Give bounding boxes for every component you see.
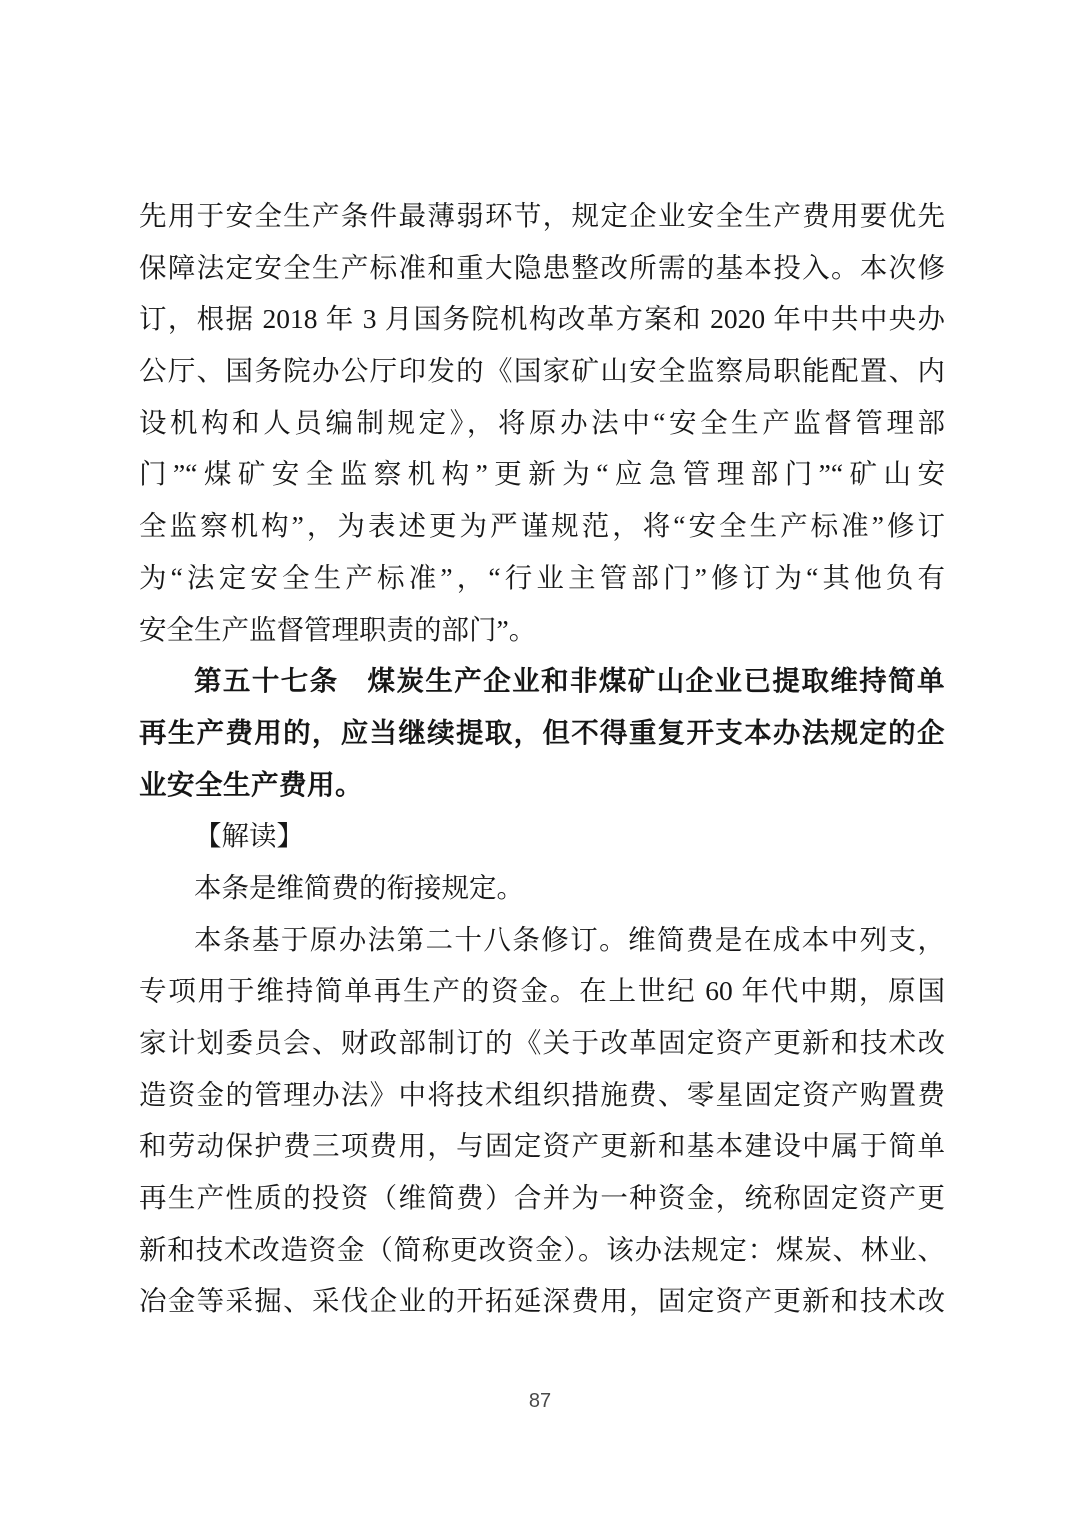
text-line: 安全生产监督管理职责的部门”。 (139, 604, 945, 656)
text-line: 造资金的管理办法》中将技术组织措施费、零星固定资产购置费 (139, 1069, 945, 1121)
text-line: 订，根据 2018 年 3 月国务院机构改革方案和 2020 年中共中央办 (139, 293, 945, 345)
text-line: 先用于安全生产条件最薄弱环节，规定企业安全生产费用要优先 (139, 190, 945, 242)
text-line: 冶金等采掘、采伐企业的开拓延深费用，固定资产更新和技术改 (139, 1275, 945, 1327)
text-line: 设机构和人员编制规定》，将原办法中“安全生产监督管理部 (139, 397, 945, 449)
text-line: 新和技术改造资金（简称更改资金）。该办法规定：煤炭、林业、 (139, 1224, 945, 1276)
text-line: 再生产费用的，应当继续提取，但不得重复开支本办法规定的企 (139, 707, 945, 759)
text-line: 为“法定安全生产标准”，“行业主管部门”修订为“其他负有 (139, 552, 945, 604)
interpretation-summary: 本条是维简费的衔接规定。 (139, 862, 945, 914)
interpretation-label: 【解读】 (139, 810, 945, 862)
text-line: 全监察机构”，为表述更为严谨规范，将“安全生产标准”修订 (139, 500, 945, 552)
text-line: 门”“煤矿安全监察机构”更新为“应急管理部门”“矿山安 (139, 448, 945, 500)
article-57-clause: 第五十七条 煤炭生产企业和非煤矿山企业已提取维持简单 再生产费用的，应当继续提取… (139, 655, 945, 810)
continuation-paragraph: 先用于安全生产条件最薄弱环节，规定企业安全生产费用要优先 保障法定安全生产标准和… (139, 190, 945, 655)
text-line: 专项用于维持简单再生产的资金。在上世纪 60 年代中期，原国 (139, 965, 945, 1017)
article-heading-line: 第五十七条 煤炭生产企业和非煤矿山企业已提取维持简单 (139, 655, 945, 707)
text-line: 再生产性质的投资（维简费）合并为一种资金，统称固定资产更 (139, 1172, 945, 1224)
text-line: 业安全生产费用。 (139, 759, 945, 811)
document-page: 先用于安全生产条件最薄弱环节，规定企业安全生产费用要优先 保障法定安全生产标准和… (0, 0, 1080, 1527)
text-line: 和劳动保护费三项费用，与固定资产更新和基本建设中属于简单 (139, 1120, 945, 1172)
page-number: 87 (0, 1390, 1080, 1413)
text-line: 家计划委员会、财政部制订的《关于改革固定资产更新和技术改 (139, 1017, 945, 1069)
interpretation-label-line: 【解读】 (139, 810, 945, 862)
page-body-text: 先用于安全生产条件最薄弱环节，规定企业安全生产费用要优先 保障法定安全生产标准和… (139, 190, 945, 1327)
text-line: 公厅、国务院办公厅印发的《国家矿山安全监察局职能配置、内 (139, 345, 945, 397)
text-line: 本条基于原办法第二十八条修订。维简费是在成本中列支， (139, 914, 945, 966)
interpretation-body: 本条基于原办法第二十八条修订。维简费是在成本中列支， 专项用于维持简单再生产的资… (139, 914, 945, 1328)
text-line: 保障法定安全生产标准和重大隐患整改所需的基本投入。本次修 (139, 242, 945, 294)
text-line: 本条是维简费的衔接规定。 (139, 862, 945, 914)
